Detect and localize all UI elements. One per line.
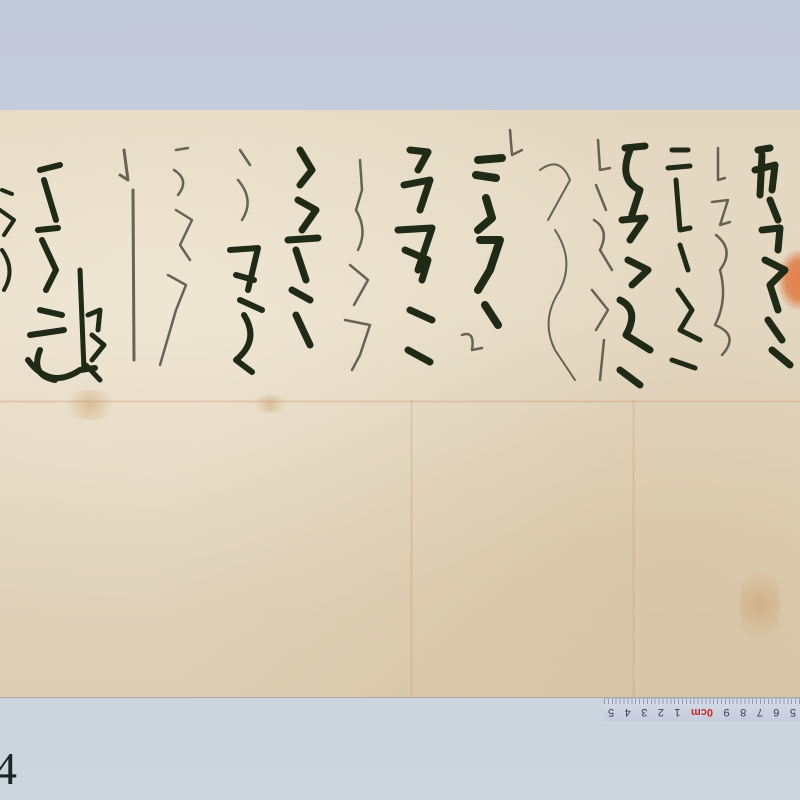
- paper-fold-vertical: [632, 400, 635, 697]
- calligraphy-column: [80, 150, 134, 380]
- calligraphy-column: [712, 148, 730, 355]
- ruler-label: 3: [641, 704, 647, 720]
- ruler-labels: 5 4 3 2 1 0cm 9 8 7 6 5: [604, 704, 800, 720]
- calligraphy-column: [0, 190, 14, 290]
- ruler-label: 5: [790, 704, 796, 720]
- ruler-label: 2: [658, 704, 664, 720]
- ruler-label: 5: [608, 704, 614, 720]
- calligraphy-column: [540, 140, 612, 380]
- calligraphy-column: [345, 160, 370, 370]
- plate-number: 4: [0, 746, 17, 792]
- calligraphy-column: [668, 150, 700, 368]
- ruler-label: 8: [740, 704, 746, 720]
- calligraphy-column: [230, 150, 262, 372]
- calligraphy-column: [160, 148, 192, 365]
- calligraphy-column: [462, 130, 522, 350]
- ruler-label: 7: [757, 704, 763, 720]
- paper-stain: [740, 560, 780, 650]
- paper-fold-vertical: [410, 400, 413, 697]
- calligraphy-text: [0, 110, 800, 410]
- ruler-label: 9: [724, 704, 730, 720]
- ruler-label: 1: [674, 704, 680, 720]
- scale-ruler: 5 4 3 2 1 0cm 9 8 7 6 5: [604, 698, 800, 721]
- ruler-label: 4: [625, 704, 631, 720]
- calligraphy-column: [398, 150, 432, 362]
- ruler-zero-label: 0cm: [691, 704, 713, 720]
- calligraphy-column: [755, 148, 790, 365]
- ruler-label: 6: [773, 704, 779, 720]
- calligraphy-column: [288, 150, 318, 345]
- calligraphy-column: [620, 146, 650, 385]
